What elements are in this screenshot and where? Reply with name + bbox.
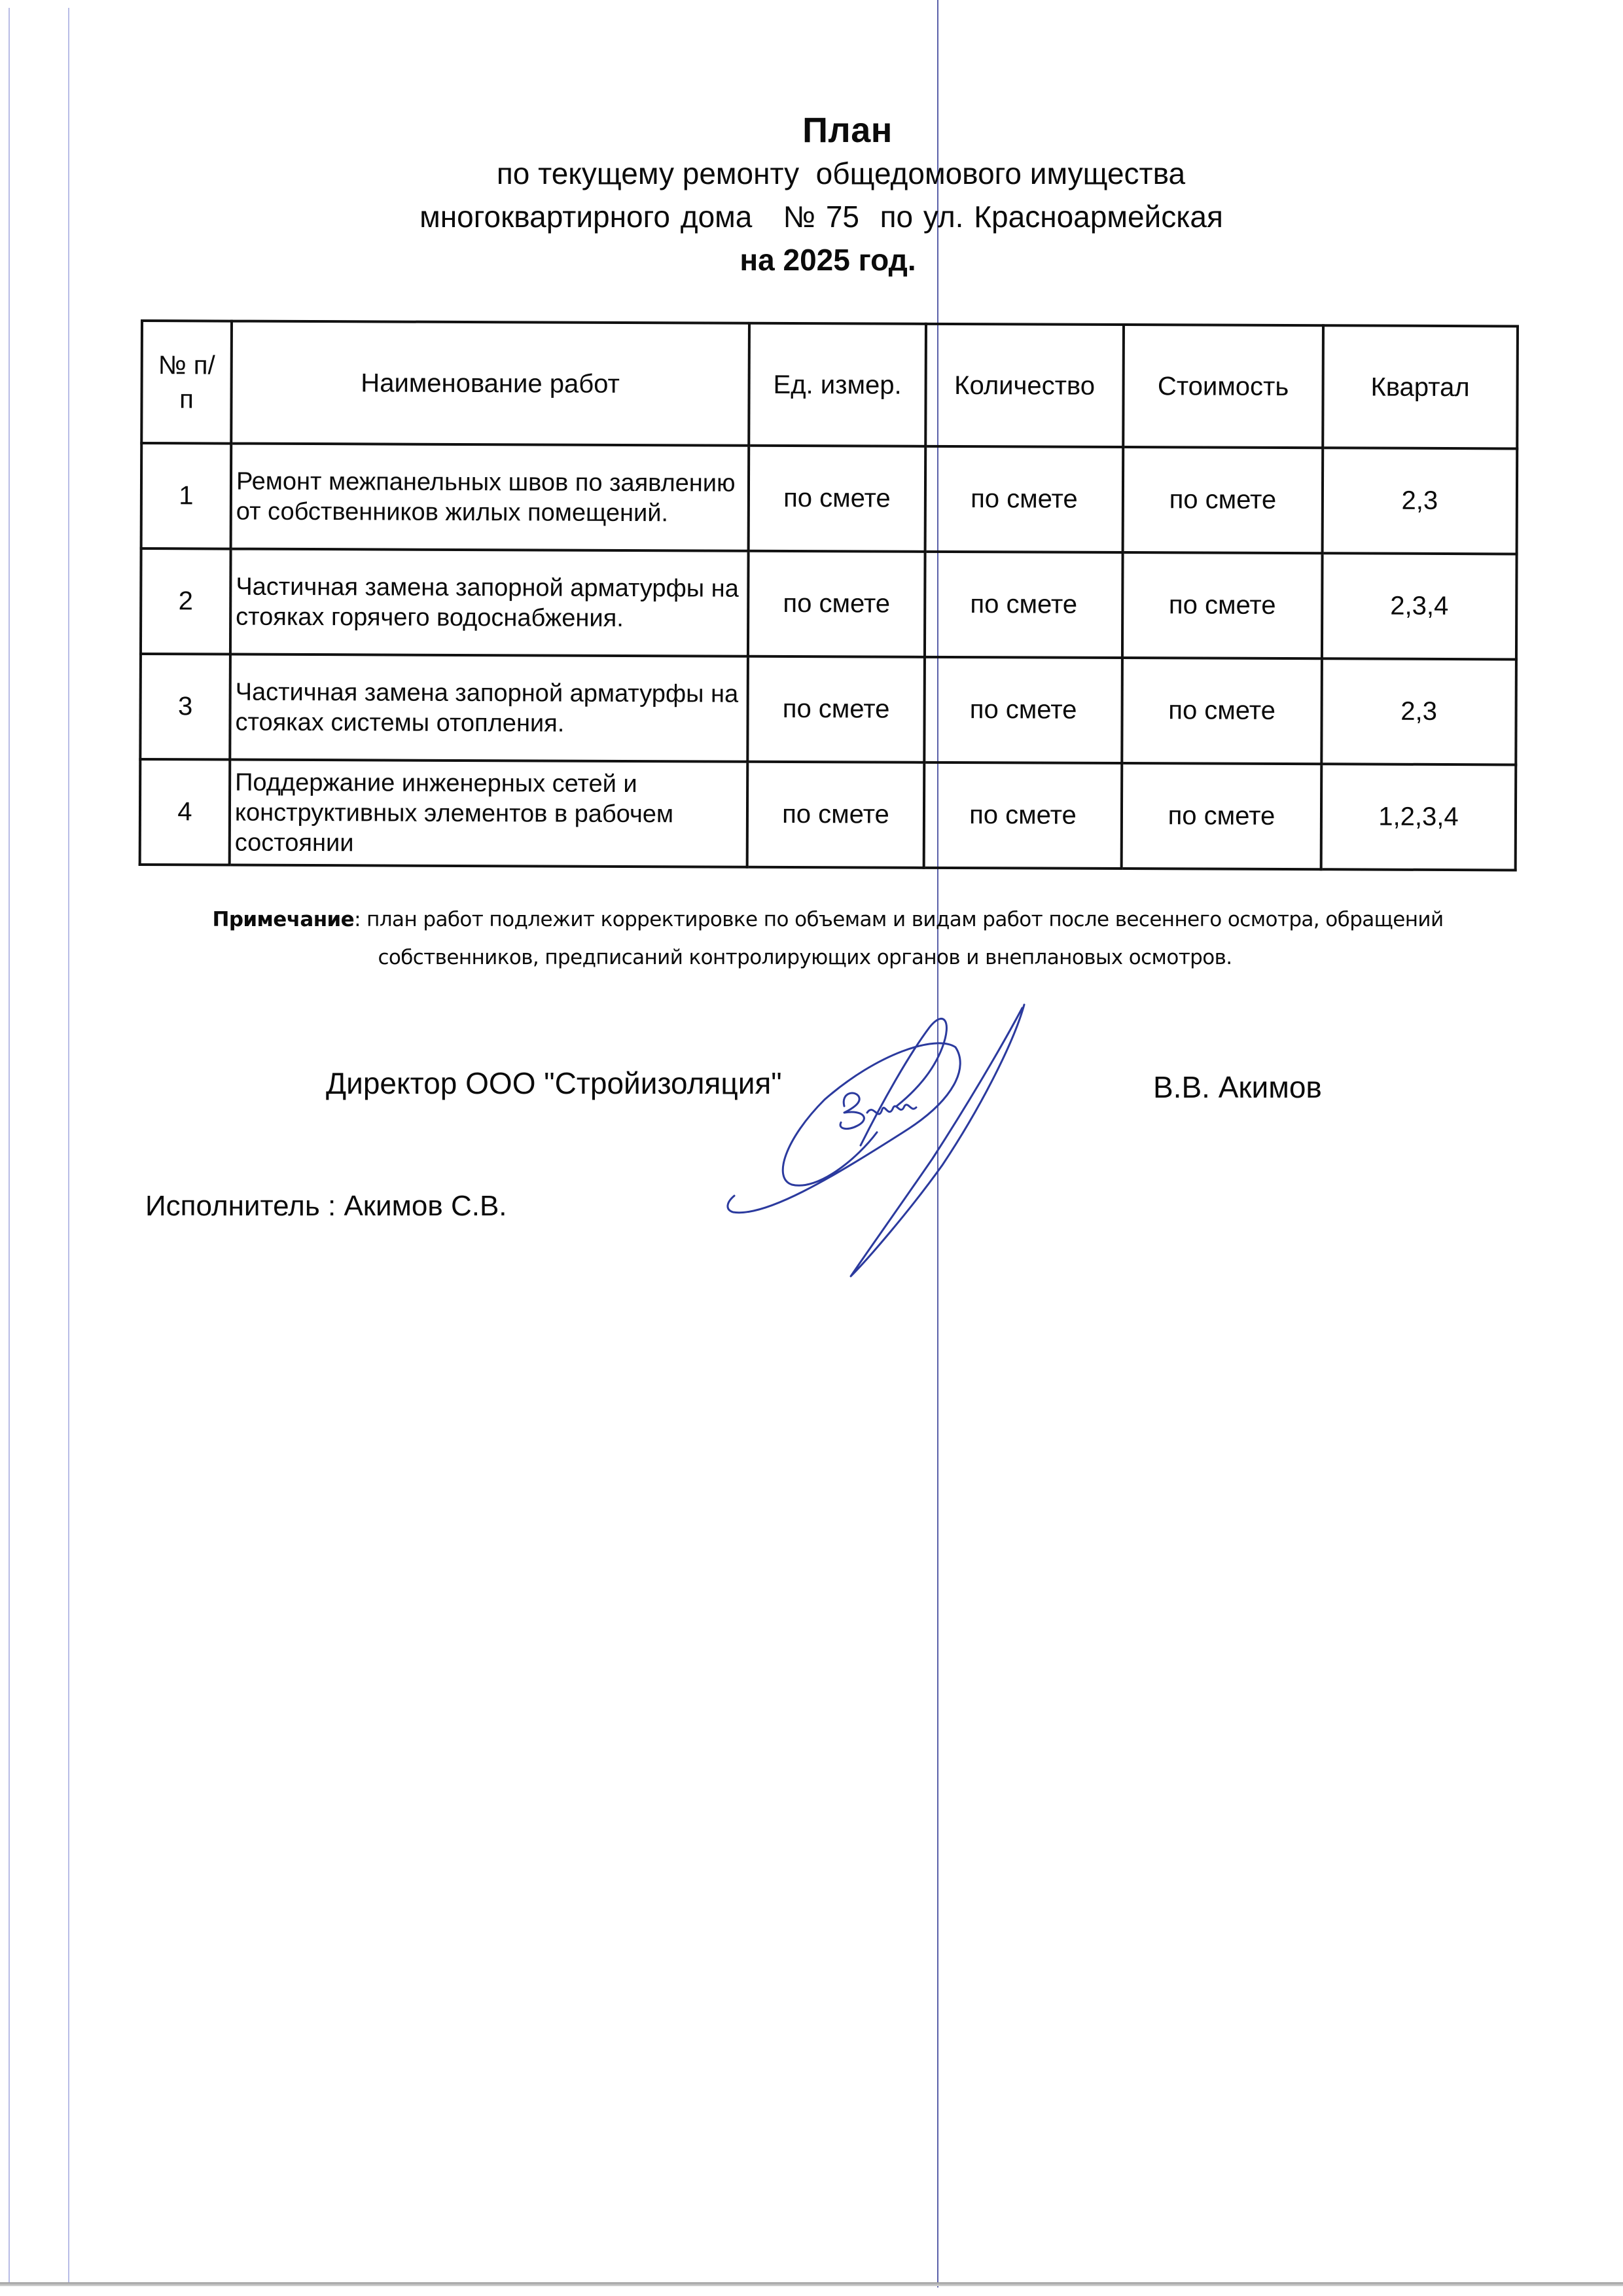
header-quarter: Квартал — [1323, 325, 1518, 448]
table-row: 3 Частичная замена запорной арматурфы на… — [140, 654, 1516, 764]
cell-no: 2 — [141, 548, 231, 655]
cell-unit: по смете — [749, 446, 926, 552]
header-name: Наименование работ — [231, 321, 749, 446]
cell-cost: по смете — [1122, 763, 1322, 869]
cell-cost: по смете — [1123, 447, 1323, 553]
table-row: 4 Поддержание инженерных сетей и констру… — [140, 759, 1516, 870]
cell-quantity: по смете — [925, 446, 1124, 552]
cell-quarter: 2,3 — [1323, 448, 1518, 554]
subtitle-line-1: по текущему ремонту общедомового имущест… — [0, 156, 1623, 191]
cell-name: Частичная замена запорной арматурфы на с… — [230, 549, 749, 656]
handwritten-signature — [707, 969, 1099, 1283]
header-no: № п/п — [141, 321, 232, 444]
table-header-row: № п/п Наименование работ Ед. измер. Коли… — [141, 321, 1518, 448]
director-name: В.В. Акимов — [1153, 1069, 1322, 1105]
cell-cost: по смете — [1122, 658, 1322, 764]
cell-name: Поддержание инженерных сетей и конструкт… — [230, 760, 748, 867]
cell-name: Ремонт межпанельных швов по заявлению от… — [231, 444, 749, 551]
cell-quantity: по смете — [924, 657, 1122, 763]
scan-bottom-edge — [0, 2282, 1623, 2286]
cell-cost: по смете — [1122, 552, 1323, 658]
cell-unit: по смете — [747, 762, 925, 868]
header-unit: Ед. измер. — [749, 323, 926, 446]
document-title: План — [0, 110, 1623, 151]
subtitle-line-2: многоквартирного дома № 75 по ул. Красно… — [0, 199, 1623, 234]
cell-quantity: по смете — [925, 552, 1123, 658]
executor-line: Исполнитель : Акимов С.В. — [145, 1190, 507, 1223]
cell-quarter: 1,2,3,4 — [1321, 764, 1516, 870]
cell-quarter: 2,3,4 — [1322, 553, 1517, 659]
cell-no: 3 — [140, 654, 230, 760]
cell-no: 1 — [141, 443, 232, 549]
table-row: 2 Частичная замена запорной арматурфы на… — [141, 548, 1517, 659]
cell-name: Частичная замена запорной арматурфы на с… — [230, 655, 748, 762]
note-line-1: Примечание: план работ подлежит корректи… — [0, 908, 1623, 931]
cell-unit: по смете — [748, 551, 925, 657]
cell-unit: по смете — [747, 656, 925, 762]
header-quantity: Количество — [925, 324, 1124, 447]
cell-no: 4 — [140, 759, 230, 865]
scan-edge-line-left — [9, 8, 10, 2286]
subtitle-year: на 2025 год. — [0, 242, 1623, 278]
table-row: 1 Ремонт межпанельных швов по заявлению … — [141, 443, 1518, 554]
works-plan-table: № п/п Наименование работ Ед. измер. Коли… — [139, 319, 1519, 871]
note-label: Примечание — [212, 908, 354, 931]
header-cost: Стоимость — [1123, 325, 1323, 448]
scan-edge-line-inner — [68, 8, 69, 2286]
cell-quarter: 2,3 — [1321, 658, 1516, 764]
cell-quantity: по смете — [924, 762, 1122, 869]
note-line-2: собственников, предписаний контролирующи… — [0, 946, 1623, 969]
note-text-1: : план работ подлежит корректировке по о… — [354, 908, 1443, 931]
